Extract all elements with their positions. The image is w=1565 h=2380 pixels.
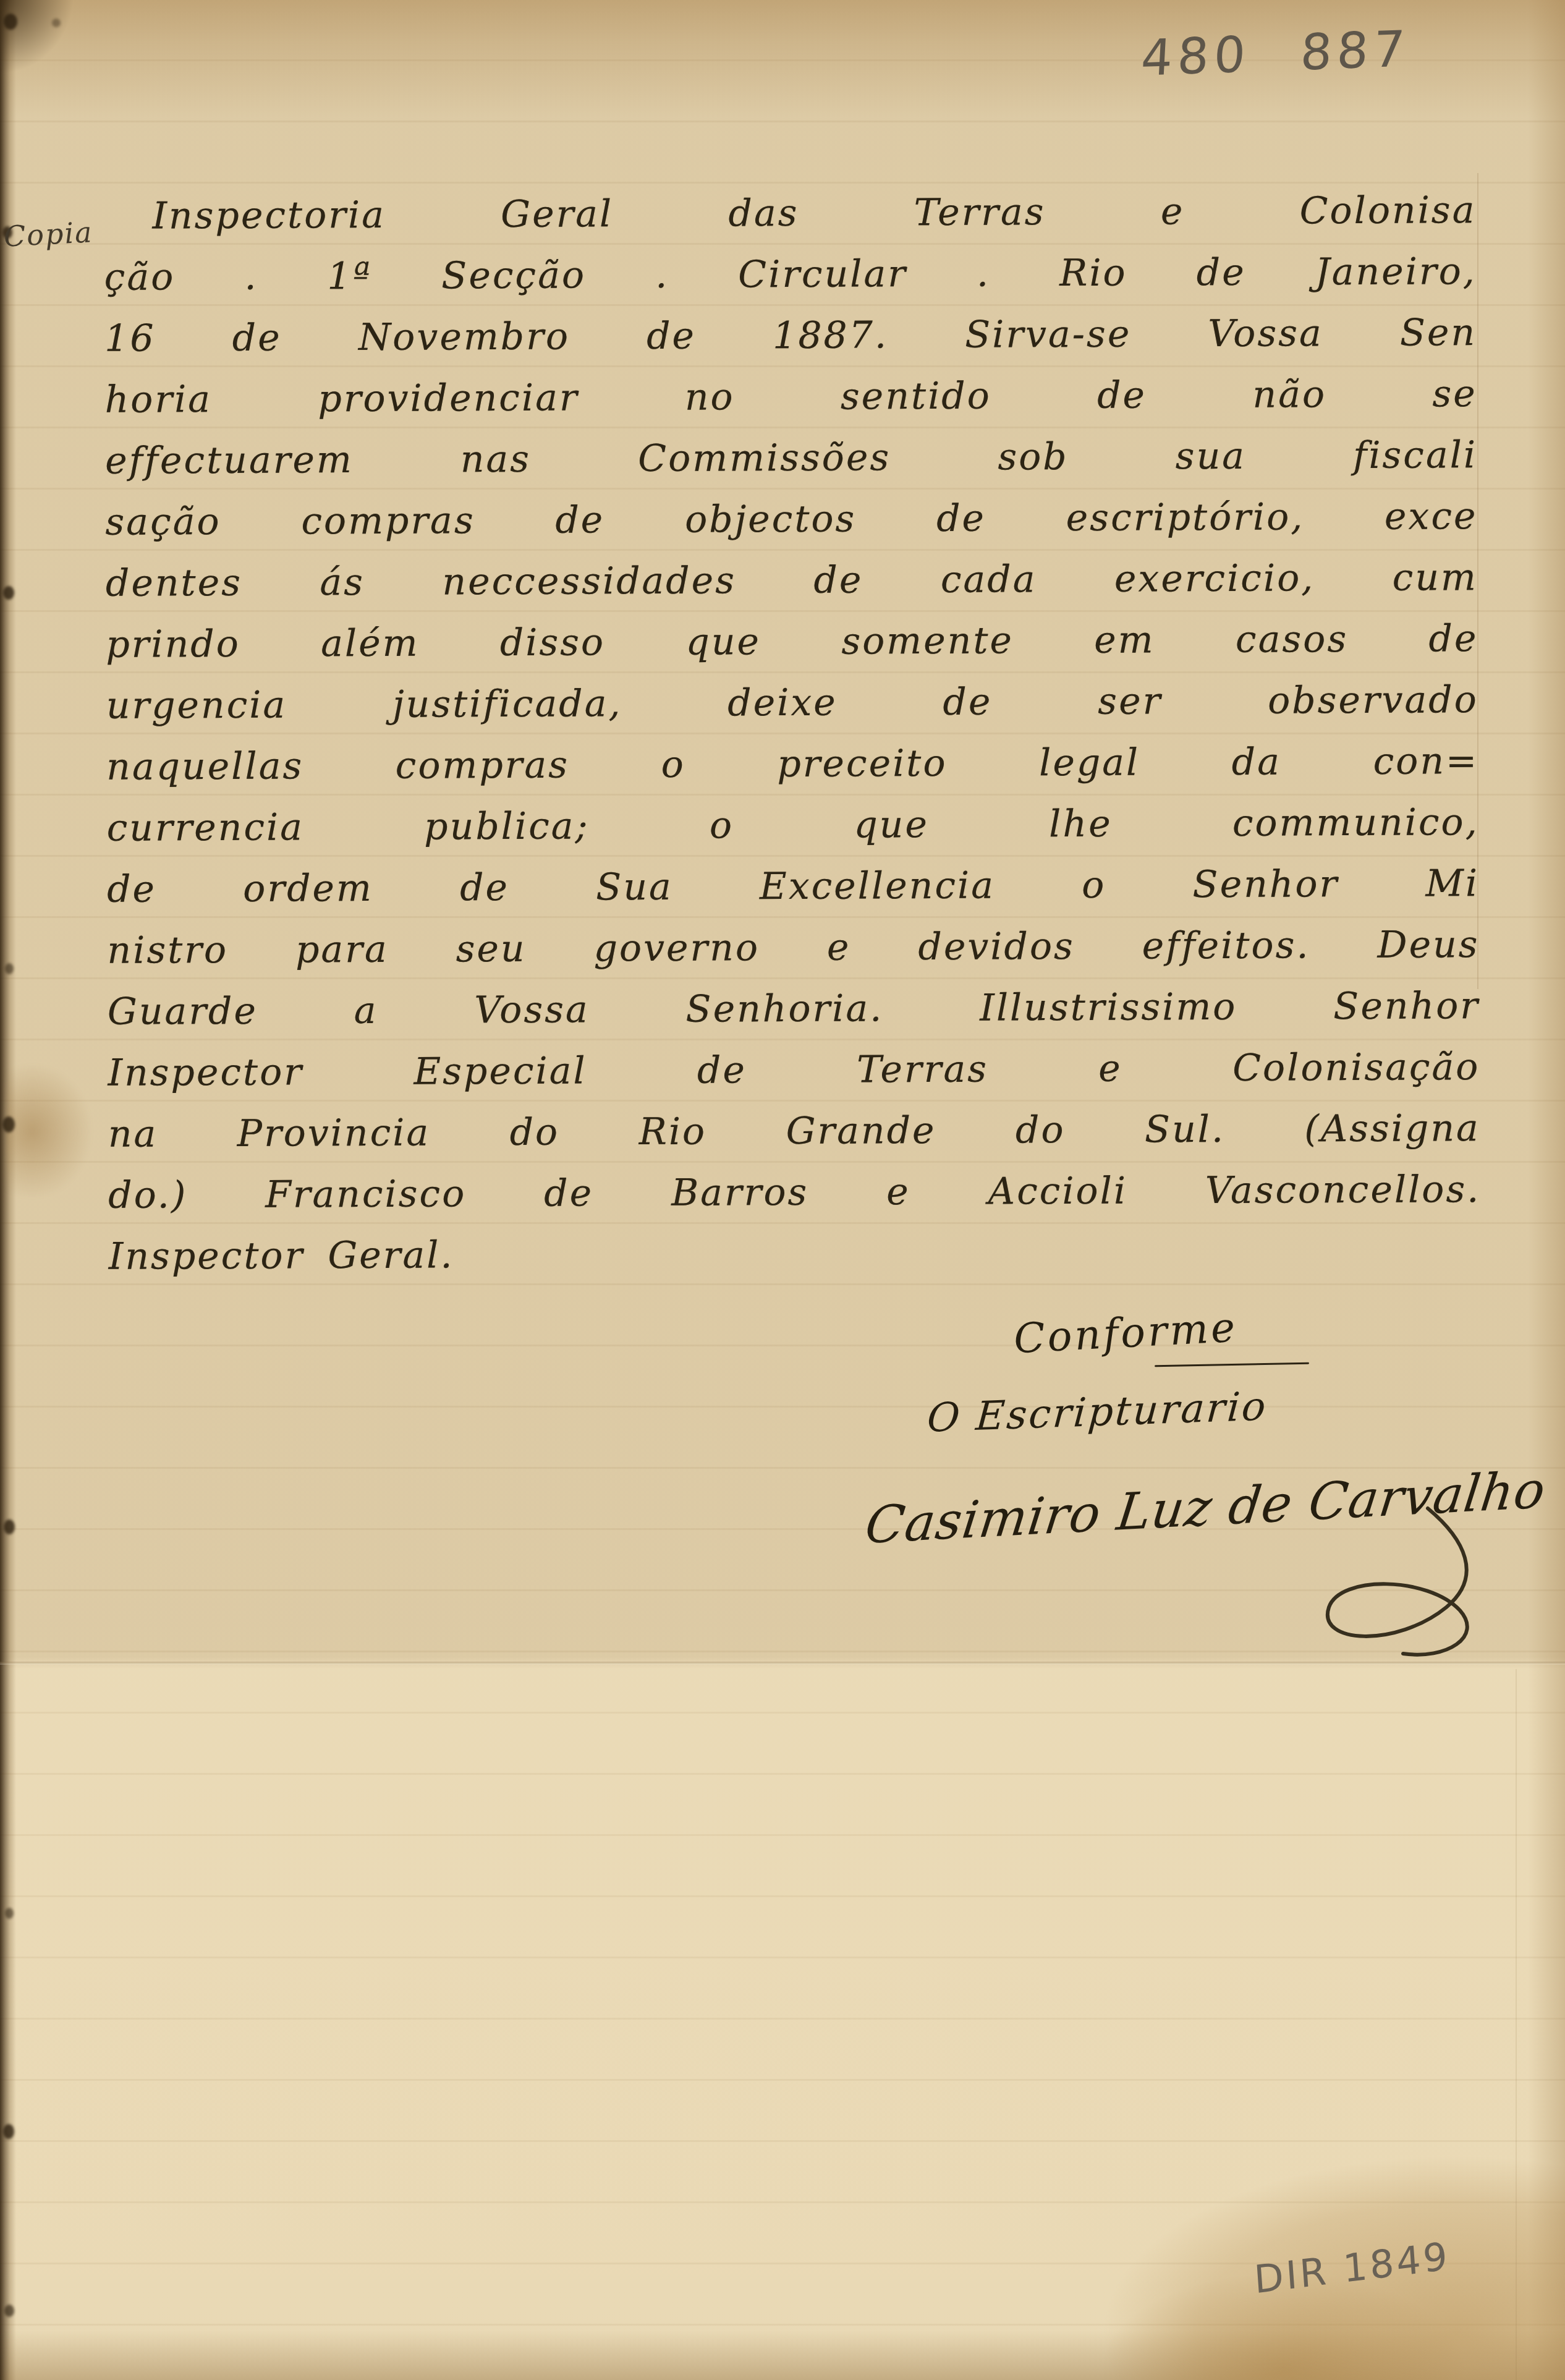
pencil-archive-number-top: 480 887: [1140, 20, 1411, 87]
manuscript-line: de ordem de Sua Excellencia o Senhor Mi: [107, 853, 1479, 920]
lower-right-fold-line: [1516, 1669, 1517, 2380]
signature-flourish: [1242, 1502, 1527, 1681]
binding-hole: [5, 963, 14, 974]
manuscript-line: na Provincia do Rio Grande do Sul. (Assi…: [108, 1098, 1480, 1165]
binding-hole: [3, 586, 14, 600]
manuscript-line: currencia publica; o que lhe communico,: [106, 792, 1478, 859]
manuscript-line: naquellas compras o preceito legal da co…: [106, 731, 1478, 798]
binding-hole: [4, 14, 17, 30]
manuscript-line: Inspector Especial de Terras e Colonisaç…: [108, 1037, 1480, 1104]
manuscript-line: ção . 1ª Secção . Circular . Rio de Jane…: [104, 241, 1477, 308]
manuscript-line: horia providenciar no sentido de não se: [104, 363, 1477, 431]
manuscript-line: dentes ás neccessidades de cada exercici…: [106, 547, 1478, 614]
binding-hole: [5, 1908, 14, 1919]
manuscript-line: nistro para seu governo e devidos effeit…: [107, 914, 1479, 982]
manuscript-line: do.) Francisco de Barros e Accioli Vasco…: [108, 1159, 1480, 1226]
manuscript-line: 16 de Novembro de 1887. Sirva-se Vossa S…: [104, 302, 1477, 370]
closing-conforme: Conforme: [1012, 1304, 1239, 1363]
manuscript-body: Inspectoria Geral das Terras e Colonisa …: [104, 180, 1481, 1288]
pencil-archive-number-bottom: DIR 1849: [1253, 2233, 1451, 2303]
manuscript-line: Inspector Geral.: [108, 1220, 1480, 1288]
manuscript-line: Inspectoria Geral das Terras e Colonisa: [104, 180, 1476, 247]
manuscript-line: effectuarem nas Commissões sob sua fisca…: [105, 425, 1477, 492]
pen-flourish-dash: [1155, 1362, 1309, 1367]
paper-speck: [52, 19, 61, 27]
binding-hole: [4, 1519, 15, 1534]
top-left-corner-stain: [0, 0, 74, 74]
manuscript-page: 480 887 Copia Inspectoria Geral das Terr…: [0, 0, 1565, 2380]
manuscript-line: urgencia justificada, deixe de ser obser…: [106, 669, 1478, 737]
binding-hole: [2, 1116, 15, 1133]
margin-note-copia: Copia: [3, 215, 94, 253]
left-margin-stain: [6, 1063, 93, 1199]
binding-hole: [4, 2305, 14, 2317]
manuscript-line: sação compras de objectos de escriptório…: [105, 486, 1477, 553]
binding-hole: [3, 2124, 14, 2139]
manuscript-line: prindo além disso que somente em casos d…: [106, 608, 1478, 676]
manuscript-line: Guarde a Vossa Senhoria. Illustrissimo S…: [108, 975, 1480, 1043]
closing-role-escripturario: O Escripturario: [926, 1383, 1269, 1441]
